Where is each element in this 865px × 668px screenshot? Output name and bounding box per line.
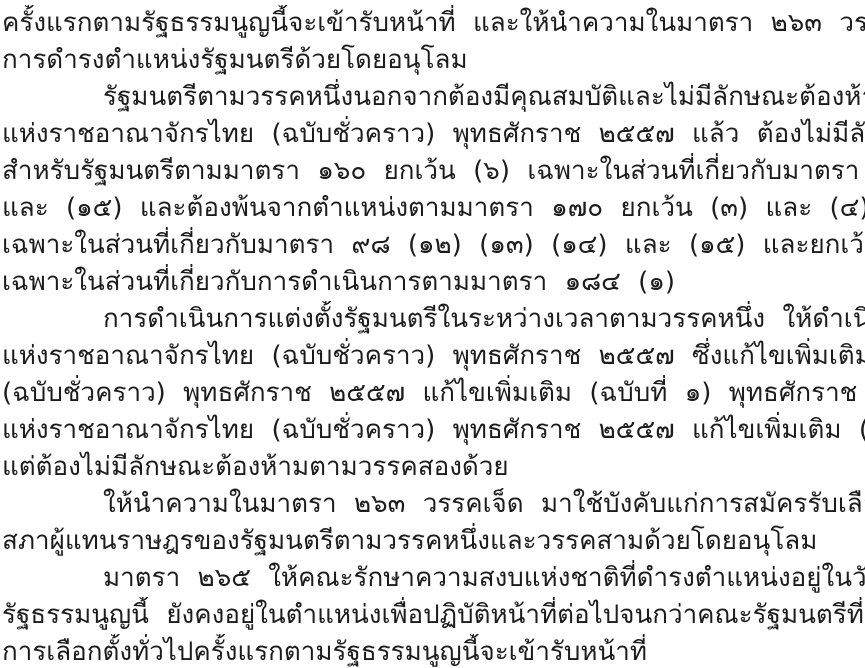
- text-line: แห่งราชอาณาจักรไทย (ฉบับชั่วคราว) พุทธศั…: [0, 412, 865, 449]
- document-page: ครั้งแรกตามรัฐธรรมนูญนี้จะเข้ารับหน้าที่…: [0, 0, 865, 668]
- text-line: ครั้งแรกตามรัฐธรรมนูญนี้จะเข้ารับหน้าที่…: [0, 5, 865, 42]
- text-line: สำหรับรัฐมนตรีตามมาตรา ๑๖๐ ยกเว้น (๖) เฉ…: [0, 153, 865, 190]
- text-line: รัฐมนตรีตามวรรคหนึ่งนอกจากต้องมีคุณสมบัต…: [0, 79, 865, 116]
- text-line: และ (๑๕) และต้องพ้นจากตำแหน่งตามมาตรา ๑๗…: [0, 190, 865, 227]
- text-line: แต่ต้องไม่มีลักษณะต้องห้ามตามวรรคสองด้วย: [0, 449, 865, 486]
- text-line: การดำรงตำแหน่งรัฐมนตรีด้วยโดยอนุโลม: [0, 42, 865, 79]
- text-line: เฉพาะในส่วนที่เกี่ยวกับมาตรา ๙๘ (๑๒) (๑๓…: [0, 227, 865, 264]
- text-line: เฉพาะในส่วนที่เกี่ยวกับการดำเนินการตามมา…: [0, 264, 865, 301]
- text-line: การเลือกตั้งทั่วไปครั้งแรกตามรัฐธรรมนูญน…: [0, 634, 865, 668]
- text-line: (ฉบับชั่วคราว) พุทธศักราช ๒๕๕๗ แก้ไขเพิ่…: [0, 375, 865, 412]
- text-line: แห่งราชอาณาจักรไทย (ฉบับชั่วคราว) พุทธศั…: [0, 116, 865, 153]
- text-line: สภาผู้แทนราษฎรของรัฐมนตรีตามวรรคหนึ่งและ…: [0, 523, 865, 560]
- text-line: แห่งราชอาณาจักรไทย (ฉบับชั่วคราว) พุทธศั…: [0, 338, 865, 375]
- text-line: การดำเนินการแต่งตั้งรัฐมนตรีในระหว่างเวล…: [0, 301, 865, 338]
- text-line: รัฐธรรมนูญนี้ ยังคงอยู่ในตำแหน่งเพื่อปฏิ…: [0, 597, 865, 634]
- text-line: มาตรา ๒๖๕ ให้คณะรักษาความสงบแห่งชาติที่ด…: [0, 560, 865, 597]
- text-line: ให้นำความในมาตรา ๒๖๓ วรรคเจ็ด มาใช้บังคั…: [0, 486, 865, 523]
